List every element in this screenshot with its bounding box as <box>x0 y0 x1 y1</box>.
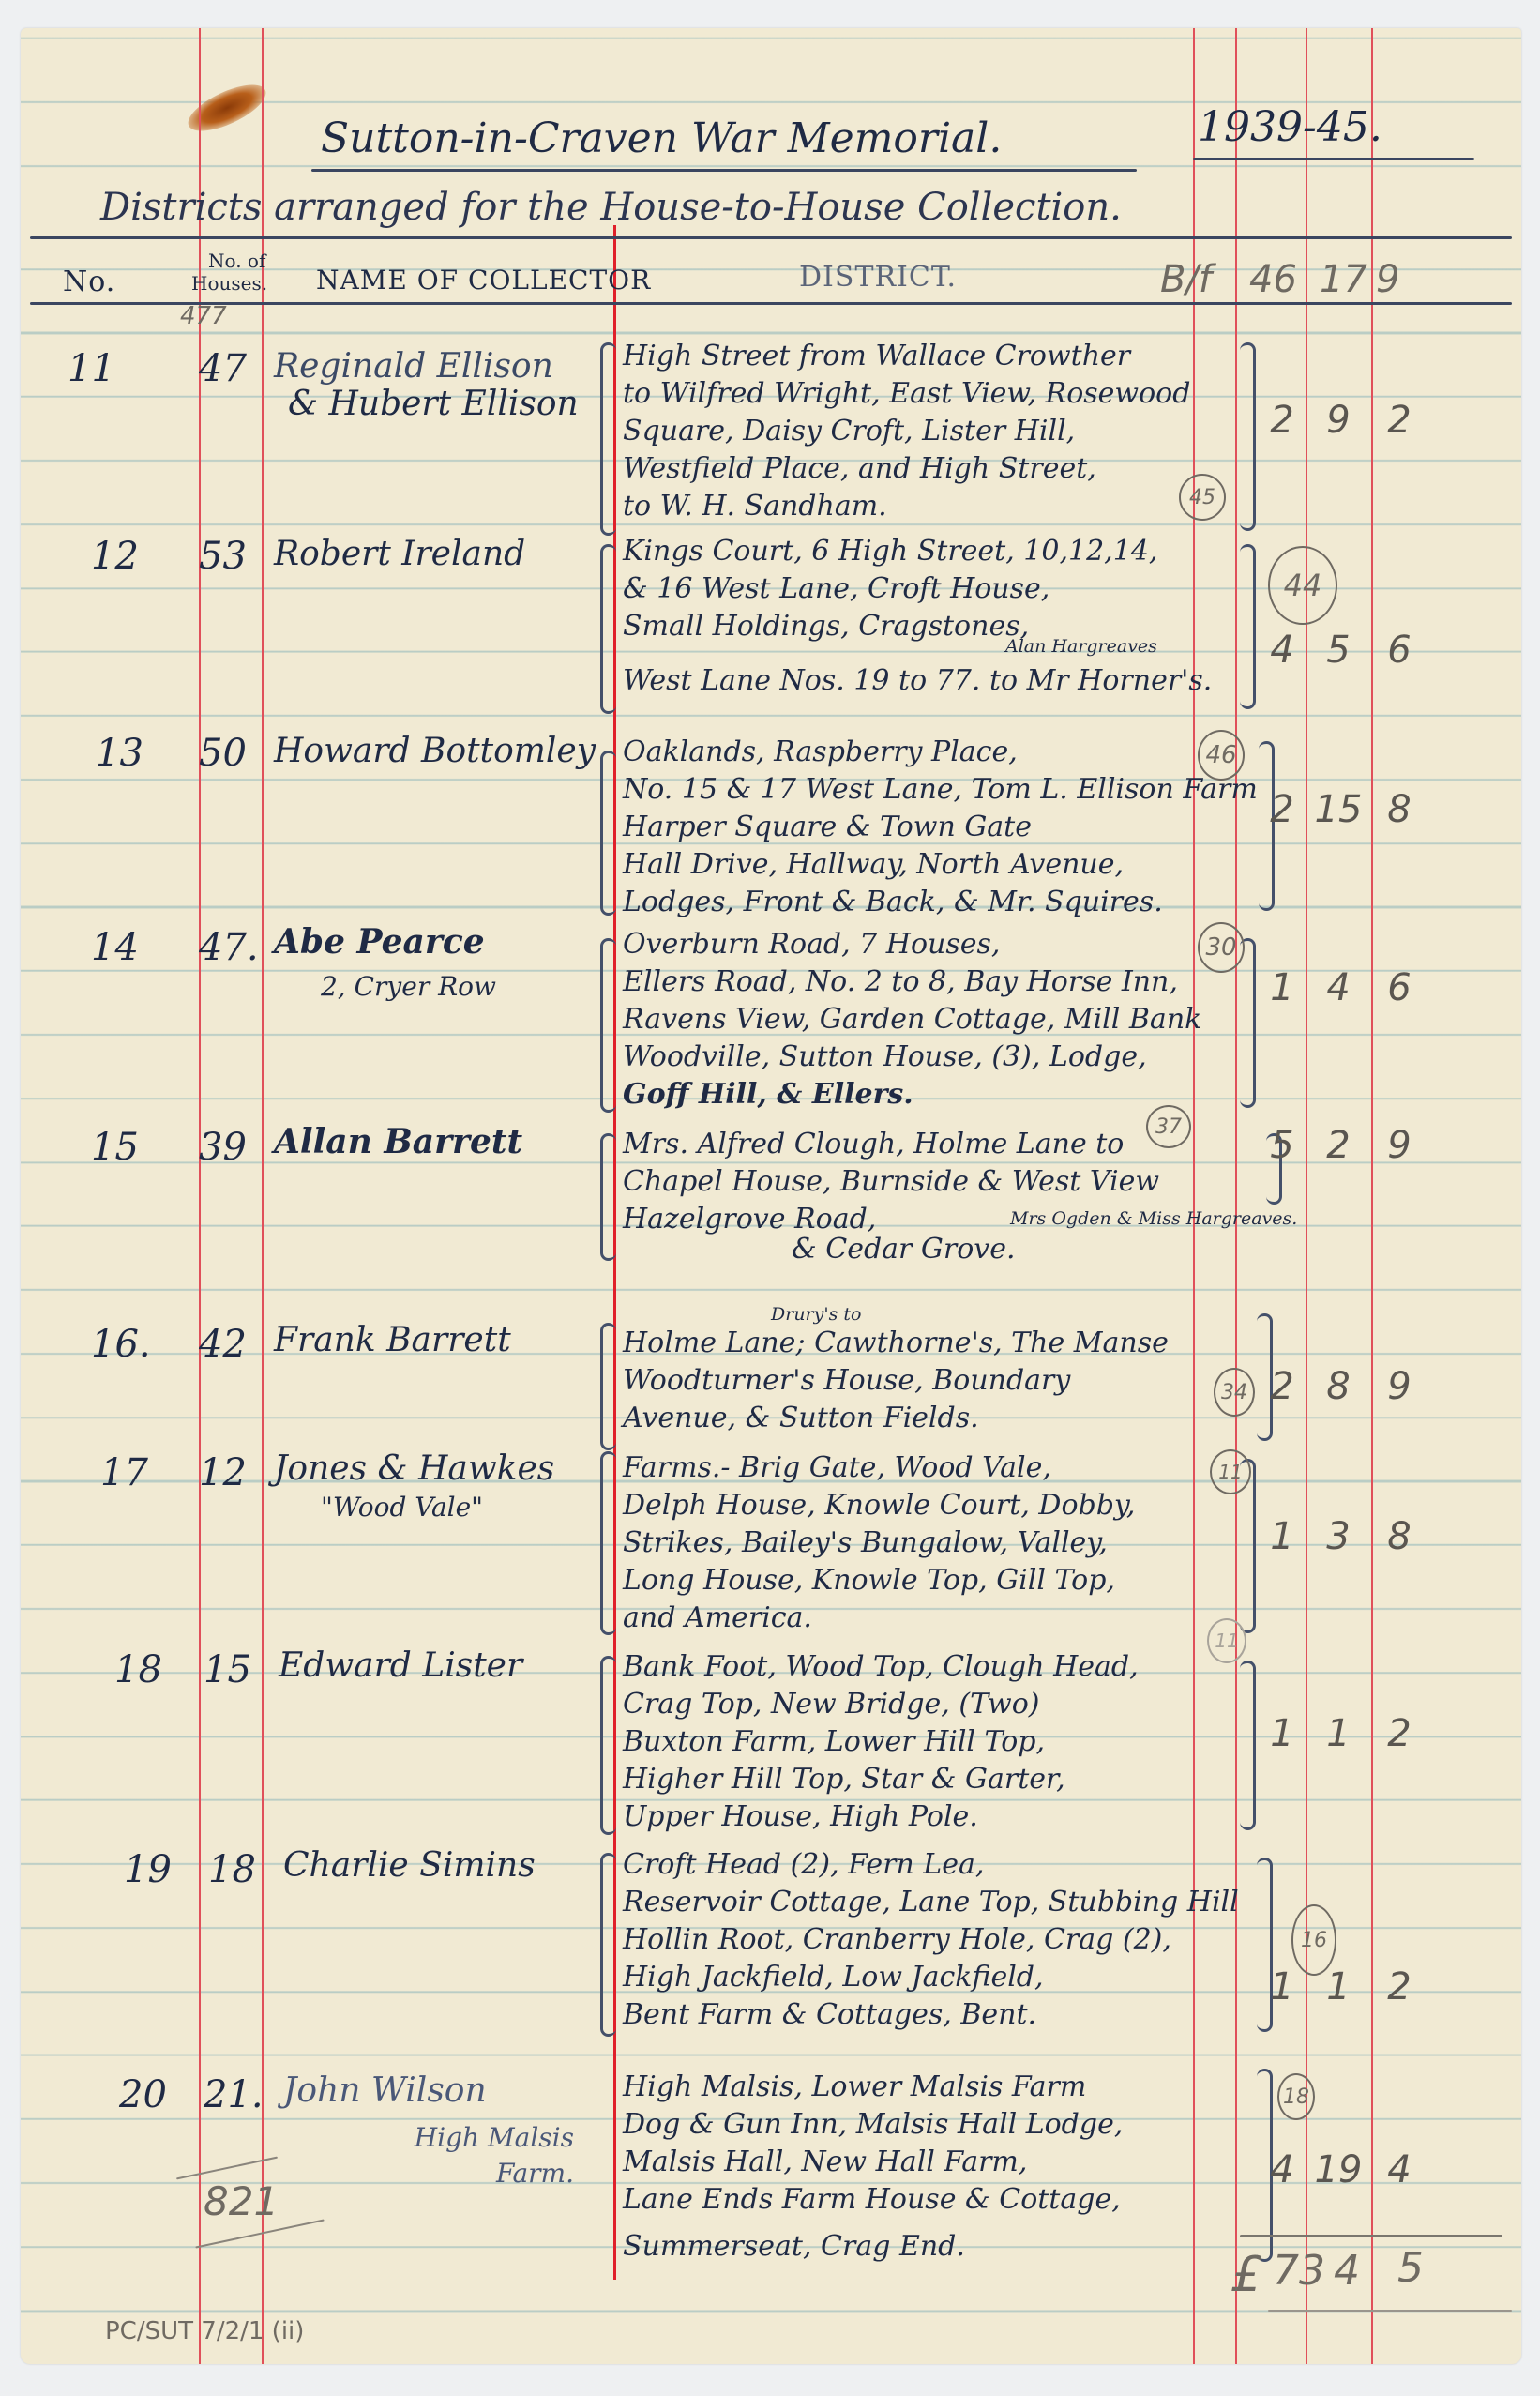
margin-line-pence <box>1371 28 1373 2364</box>
circled-count: 34 <box>1214 1368 1255 1417</box>
row-note: Alan Hargreaves <box>1005 636 1157 657</box>
ledger-page: Sutton-in-Craven War Memorial. 1939-45. … <box>21 28 1521 2364</box>
amount-pence: 8 <box>1371 1515 1427 1558</box>
row-collector: Howard Bottomley <box>274 732 596 770</box>
row-houses: 42 <box>199 1323 247 1366</box>
amount-pence: 8 <box>1371 788 1427 831</box>
row-district: High Malsis, Lower Malsis Farm Dog & Gun… <box>623 2069 1123 2266</box>
amount-shillings: 3 <box>1310 1515 1366 1558</box>
circled-count: 11 <box>1210 1449 1251 1494</box>
row-note: Drury's to <box>771 1304 861 1325</box>
header-brought-forward: B/f <box>1160 258 1212 301</box>
total-pence: 5 <box>1397 2244 1424 2292</box>
amount-pounds: 5 <box>1254 1124 1310 1167</box>
row-houses: 47 <box>199 347 247 390</box>
row-houses: 53 <box>199 535 247 578</box>
years-underline <box>1193 158 1474 160</box>
amount-pounds: 2 <box>1254 788 1310 831</box>
header-rule <box>30 302 1512 305</box>
document-years: 1939-45. <box>1198 103 1382 151</box>
amount-pounds: 1 <box>1254 1965 1310 2009</box>
circled-count: 30 <box>1198 922 1245 973</box>
amount-shillings: 4 <box>1310 966 1366 1009</box>
brace-left <box>600 544 616 714</box>
row-district: Farms.- Brig Gate, Wood Vale, Delph Hous… <box>623 1449 1135 1637</box>
circled-count: 46 <box>1198 730 1245 781</box>
circled-count: 18 <box>1277 2073 1315 2120</box>
row-number: 12 <box>91 535 139 578</box>
row-collector: Jones & Hawkes <box>274 1449 554 1488</box>
circled-count: 11 <box>1207 1618 1246 1663</box>
row-houses: 15 <box>204 1648 251 1691</box>
amount-pence: 2 <box>1371 399 1427 442</box>
row-number: 17 <box>100 1451 148 1494</box>
brace-left <box>600 1656 616 1835</box>
row-houses: 47. <box>199 926 259 969</box>
row-district: Overburn Road, 7 Houses, Ellers Road, No… <box>623 926 1201 1114</box>
amount-pounds: 1 <box>1254 966 1310 1009</box>
row-number: 14 <box>91 926 139 969</box>
row-number: 15 <box>91 1126 139 1169</box>
subtitle-rule <box>30 236 1512 239</box>
brace-left <box>600 938 616 1113</box>
row-houses: 50 <box>199 732 247 775</box>
row-collector: Abe Pearce <box>274 922 485 962</box>
brace-left <box>600 1853 616 2037</box>
circled-count: 45 <box>1179 474 1226 521</box>
amount-pounds: 2 <box>1254 1365 1310 1408</box>
brace-left <box>600 1451 616 1635</box>
amount-pence: 9 <box>1371 1365 1427 1408</box>
brace-left <box>600 751 616 916</box>
header-collector: NAME OF COLLECTOR <box>316 265 651 296</box>
brace-left <box>600 1323 616 1450</box>
amount-pence: 2 <box>1371 1712 1427 1755</box>
circled-count: 37 <box>1146 1105 1191 1148</box>
brace-left <box>600 1133 616 1261</box>
row-number: 16. <box>91 1323 151 1366</box>
amount-pence: 6 <box>1371 966 1427 1009</box>
brace-right <box>1240 938 1256 1108</box>
row-houses: 18 <box>208 1848 256 1891</box>
row-number: 18 <box>114 1648 162 1691</box>
houses-subtotal-note: 477 <box>180 302 227 330</box>
amount-shillings: 19 <box>1310 2148 1366 2191</box>
row-collector: Edward Lister <box>279 1646 522 1685</box>
brace-right <box>1240 544 1256 709</box>
row-collector-sub: & Hubert Ellison <box>288 385 579 423</box>
row-district: Mrs. Alfred Clough, Holme Lane to Chapel… <box>623 1126 1159 1268</box>
circled-count: 44 <box>1268 546 1337 625</box>
row-number: 13 <box>96 732 143 775</box>
row-district: Bank Foot, Wood Top, Clough Head, Crag T… <box>623 1648 1139 1836</box>
total-pounds: 73 <box>1273 2247 1325 2295</box>
amount-pounds: 1 <box>1254 1712 1310 1755</box>
row-district: Croft Head (2), Fern Lea, Reservoir Cott… <box>623 1846 1239 2034</box>
amount-shillings: 5 <box>1310 629 1366 672</box>
total-rule-bottom <box>1268 2310 1512 2312</box>
row-number: 19 <box>124 1848 172 1891</box>
currency-symbol: £ <box>1230 2247 1261 2303</box>
header-houses-bottom: Houses. <box>191 272 267 295</box>
amount-shillings: 2 <box>1310 1124 1366 1167</box>
amount-pence: 9 <box>1371 1124 1427 1167</box>
amount-shillings: 1 <box>1310 1965 1366 2009</box>
houses-total: 821 <box>204 2178 279 2224</box>
margin-line-shillings <box>1306 28 1307 2364</box>
document-subtitle: Districts arranged for the House-to-Hous… <box>100 186 1122 229</box>
row-collector-sub: "Wood Vale" <box>321 1492 483 1523</box>
row-collector: Frank Barrett <box>274 1321 511 1359</box>
brace-left <box>600 342 616 536</box>
header-bf-pounds: 46 <box>1249 258 1297 301</box>
row-collector-sub: High Malsis Farm. <box>330 2120 574 2191</box>
row-number: 20 <box>119 2073 167 2116</box>
row-note: Mrs Ogden & Miss Hargreaves. <box>1010 1208 1297 1229</box>
amount-shillings: 9 <box>1310 399 1366 442</box>
amount-pounds: 1 <box>1254 1515 1310 1558</box>
header-bf-pence: 9 <box>1376 258 1399 301</box>
document-title: Sutton-in-Craven War Memorial. <box>321 114 1002 162</box>
row-houses: 21. <box>204 2073 264 2116</box>
row-district: Kings Court, 6 High Street, 10,12,14, & … <box>623 533 1212 700</box>
row-collector: John Wilson <box>283 2071 487 2110</box>
row-collector: Charlie Simins <box>283 1846 536 1885</box>
amount-pence: 2 <box>1371 1965 1427 2009</box>
row-collector: Robert Ireland <box>274 535 525 573</box>
title-underline <box>311 169 1137 172</box>
row-collector-sub: 2, Cryer Row <box>321 971 496 1002</box>
amount-pence: 6 <box>1371 629 1427 672</box>
amount-pounds: 4 <box>1254 2148 1310 2191</box>
rust-stain <box>182 76 272 141</box>
row-district: High Street from Wallace Crowther to Wil… <box>623 338 1190 525</box>
header-houses-top: No. of <box>208 250 265 272</box>
amount-shillings: 1 <box>1310 1712 1366 1755</box>
row-collector: Allan Barrett <box>274 1122 522 1161</box>
amount-shillings: 15 <box>1310 788 1366 831</box>
total-rule-top <box>1240 2235 1502 2237</box>
row-collector: Reginald Ellison <box>274 347 553 386</box>
margin-line-collector <box>262 28 264 2364</box>
row-district: Oaklands, Raspberry Place, No. 15 & 17 W… <box>623 734 1258 921</box>
row-number: 11 <box>68 347 115 390</box>
archive-reference: PC/SUT 7/2/1 (ii) <box>105 2317 304 2345</box>
total-shillings: 4 <box>1334 2247 1360 2295</box>
amount-pounds: 2 <box>1254 399 1310 442</box>
amount-shillings: 8 <box>1310 1365 1366 1408</box>
amount-pounds: 4 <box>1254 629 1310 672</box>
header-bf-shillings: 17 <box>1320 258 1367 301</box>
row-houses: 12 <box>199 1451 247 1494</box>
amount-pence: 4 <box>1371 2148 1427 2191</box>
header-district: DISTRICT. <box>799 261 957 294</box>
row-district: Holme Lane; Cawthorne's, The Manse Woodt… <box>623 1325 1169 1437</box>
row-houses: 39 <box>199 1126 247 1169</box>
header-no: No. <box>63 265 115 298</box>
